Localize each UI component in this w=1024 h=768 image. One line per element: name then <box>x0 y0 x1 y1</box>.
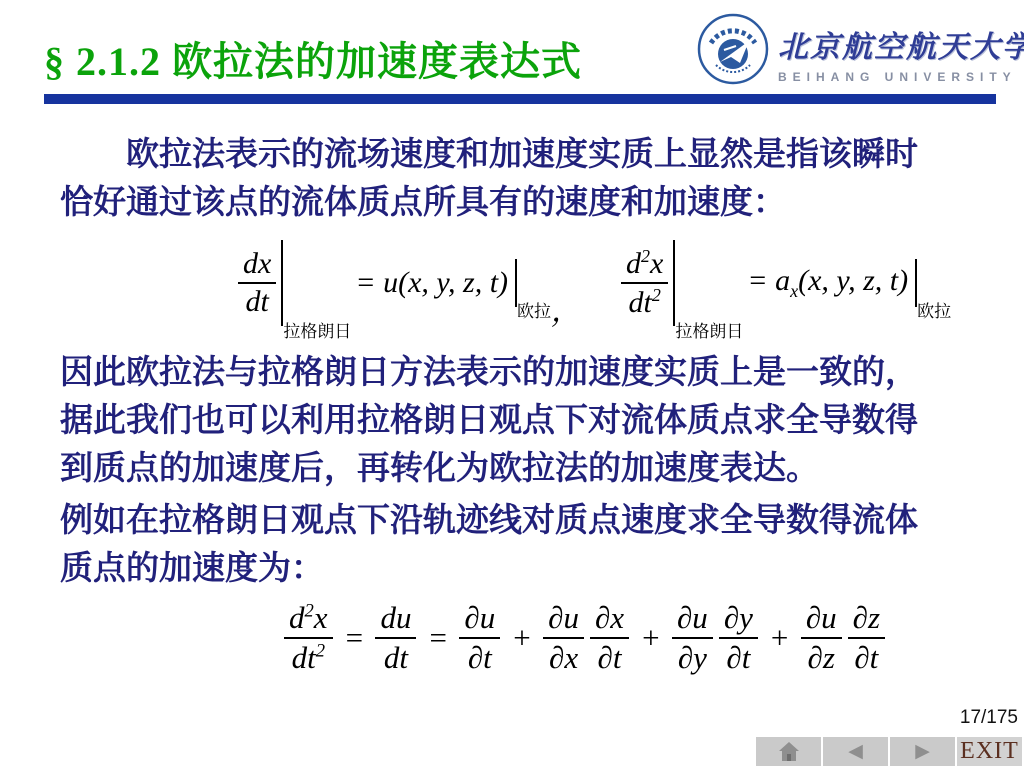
paragraph-equivalence: 因此欧拉法与拉格朗日方法表示的加速度实质上是一致的， 据此我们也可以利用拉格朗日… <box>60 349 980 493</box>
paragraph-line: 质点的加速度为： <box>60 545 980 593</box>
fraction-denominator: dt2 <box>624 284 666 320</box>
formula-velocity-acceleration: dx dt 拉格朗日 = u(x, y, z, t) 欧拉 ， d2x dt2 … <box>236 240 951 326</box>
equals-sign: = <box>427 620 448 656</box>
exit-button[interactable]: EXIT <box>957 737 1022 766</box>
forward-arrow-icon: ▶ <box>915 742 930 761</box>
fraction: du dt <box>375 600 416 676</box>
page-indicator: 17/175 <box>930 707 1018 729</box>
paragraph-intro: 欧拉法表示的流场速度和加速度实质上显然是指该瞬时 恰好通过该点的流体质点所具有的… <box>60 131 980 227</box>
fraction: ∂u ∂y <box>672 600 713 676</box>
plus-sign: + <box>511 620 532 656</box>
paragraph-line: 到质点的加速度后，再转化为欧拉法的加速度表达。 <box>60 445 980 493</box>
fraction: ∂u ∂z <box>801 600 842 676</box>
university-emblem-icon <box>696 12 770 86</box>
fraction: ∂x ∂t <box>590 600 629 676</box>
university-logo-text: 北京航空航天大学 BEIHANG UNIVERSITY <box>778 12 1024 84</box>
paragraph-example: 例如在拉格朗日观点下沿轨迹线对质点速度求全导数得流体 质点的加速度为： <box>60 497 980 593</box>
plus-sign: + <box>640 620 661 656</box>
euler-evaluation: 欧拉 <box>512 259 551 307</box>
evaluation-bar <box>281 240 283 326</box>
exit-button-label: EXIT <box>960 738 1019 765</box>
formula-total-derivative: d2x dt2 = du dt = ∂u ∂t + ∂u ∂x ∂x ∂t + … <box>282 600 887 676</box>
lagrange-second-derivative-term: d2x dt2 拉格朗日 <box>619 240 743 326</box>
presentation-slide: § 2.1.2 欧拉法的加速度表达式 北京航空航天大学 BEIHANG UNIV… <box>0 0 1024 768</box>
fraction-numerator: dx <box>238 247 276 284</box>
page-title: § 2.1.2 欧拉法的加速度表达式 <box>44 30 582 87</box>
fraction: ∂u ∂x <box>543 600 584 676</box>
lagrange-derivative-term: dx dt 拉格朗日 <box>236 240 351 326</box>
university-logo: 北京航空航天大学 BEIHANG UNIVERSITY <box>696 12 1024 86</box>
paragraph-line: 据此我们也可以利用拉格朗日观点下对流体质点求全导数得 <box>60 397 980 445</box>
comma: ， <box>551 286 581 330</box>
fraction-numerator: d2x <box>621 246 668 284</box>
fraction-denominator: dt <box>240 284 273 319</box>
subscript-lagrange: 拉格朗日 <box>283 317 351 342</box>
title-divider <box>44 94 996 104</box>
university-name-cn: 北京航空航天大学 <box>778 22 1024 66</box>
plus-sign: + <box>769 620 790 656</box>
paragraph-line: 例如在拉格朗日观点下沿轨迹线对质点速度求全导数得流体 <box>60 497 980 545</box>
forward-button[interactable]: ▶ <box>890 737 955 766</box>
fraction-denominator: dt2 <box>287 639 330 676</box>
fraction: dx dt <box>238 247 276 319</box>
back-button[interactable]: ◀ <box>823 737 888 766</box>
subscript-lagrange: 拉格朗日 <box>675 317 743 342</box>
back-arrow-icon: ◀ <box>848 742 863 761</box>
home-icon <box>779 742 799 761</box>
fraction: d2x dt2 <box>284 600 333 676</box>
equals-sign: = <box>344 620 365 656</box>
home-button[interactable] <box>756 737 821 766</box>
fraction: ∂u ∂t <box>459 600 500 676</box>
paragraph-line: 因此欧拉法与拉格朗日方法表示的加速度实质上是一致的， <box>60 349 980 397</box>
fraction: ∂y ∂t <box>719 600 758 676</box>
paragraph-line: 欧拉法表示的流场速度和加速度实质上显然是指该瞬时 <box>60 131 980 179</box>
fraction: ∂z ∂t <box>848 600 885 676</box>
evaluation-bar <box>673 240 675 326</box>
paragraph-line: 恰好通过该点的流体质点所具有的速度和加速度： <box>60 179 980 227</box>
equals-u-term: = u(x, y, z, t) <box>355 266 508 300</box>
fraction-numerator: d2x <box>284 600 333 639</box>
euler-evaluation: 欧拉 <box>912 259 951 307</box>
navigation-bar: ◀ ▶ EXIT <box>756 737 1022 766</box>
fraction: d2x dt2 <box>621 246 668 320</box>
subscript-euler: 欧拉 <box>917 297 951 322</box>
subscript-euler: 欧拉 <box>517 297 551 322</box>
equals-a-term: = ax(x, y, z, t) <box>747 264 908 302</box>
university-name-en: BEIHANG UNIVERSITY <box>778 70 1024 84</box>
